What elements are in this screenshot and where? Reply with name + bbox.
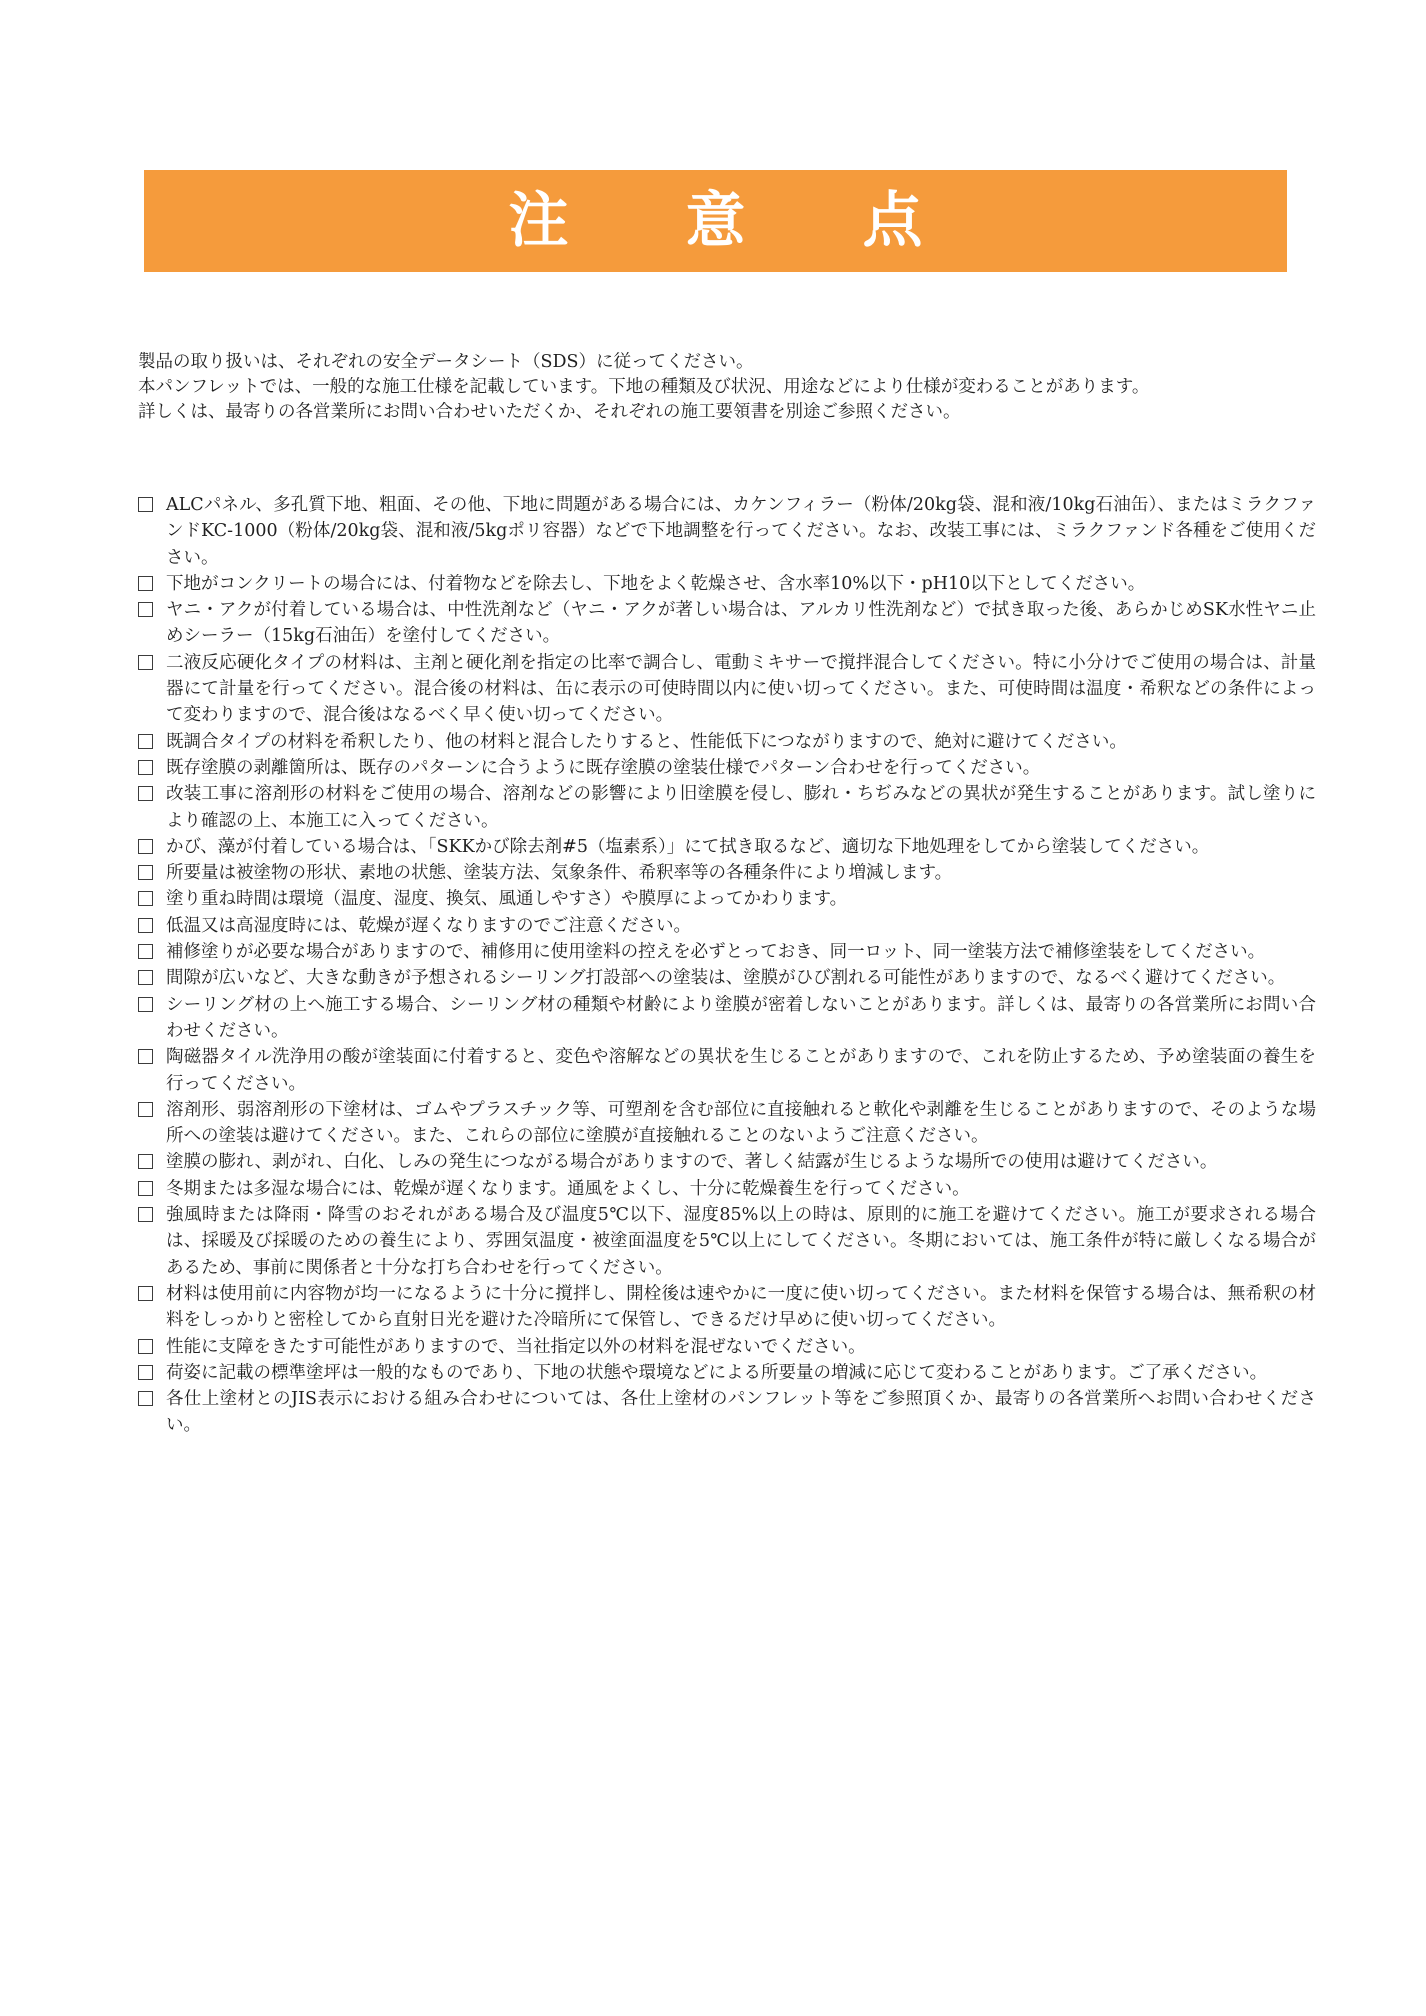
- checkbox-icon: [138, 760, 153, 775]
- caution-item: 性能に支障をきたす可能性がありますので、当社指定以外の材料を混ぜないでください。: [138, 1334, 1316, 1360]
- caution-item-text: 低温又は高湿度時には、乾燥が遅くなりますのでご注意ください。: [166, 913, 1316, 939]
- caution-item-text: 既存塗膜の剥離箇所は、既存のパターンに合うように既存塗膜の塗装仕様でパターン合わ…: [166, 755, 1316, 781]
- caution-item: 間隙が広いなど、大きな動きが予想されるシーリング打設部への塗装は、塗膜がひび割れ…: [138, 965, 1316, 991]
- caution-item-text: 材料は使用前に内容物が均一になるように十分に撹拌し、開栓後は速やかに一度に使い切…: [166, 1281, 1316, 1334]
- caution-item: 荷姿に記載の標準塗坪は一般的なものであり、下地の状態や環境などによる所要量の増減…: [138, 1360, 1316, 1386]
- caution-item: かび、藻が付着している場合は、「SKKかび除去剤#5（塩素系）」にて拭き取るなど…: [138, 834, 1316, 860]
- caution-item-text: かび、藻が付着している場合は、「SKKかび除去剤#5（塩素系）」にて拭き取るなど…: [166, 834, 1316, 860]
- caution-item: 塗膜の膨れ、剥がれ、白化、しみの発生につながる場合がありますので、著しく結露が生…: [138, 1149, 1316, 1175]
- checkbox-icon: [138, 786, 153, 801]
- checkbox-icon: [138, 1154, 153, 1169]
- checkbox-icon: [138, 734, 153, 749]
- caution-item: ALCパネル、多孔質下地、粗面、その他、下地に問題がある場合には、カケンフィラー…: [138, 492, 1316, 571]
- caution-item: 低温又は高湿度時には、乾燥が遅くなりますのでご注意ください。: [138, 913, 1316, 939]
- caution-item: 陶磁器タイル洗浄用の酸が塗装面に付着すると、変色や溶解などの異状を生じることがあ…: [138, 1044, 1316, 1097]
- intro-line: 本パンフレットでは、一般的な施工仕様を記載しています。下地の種類及び状況、用途な…: [138, 375, 1316, 400]
- caution-item: 溶剤形、弱溶剤形の下塗材は、ゴムやプラスチック等、可塑剤を含む部位に直接触れると…: [138, 1097, 1316, 1150]
- page-title: 注意点: [144, 170, 1287, 272]
- intro-line: 製品の取り扱いは、それぞれの安全データシート（SDS）に従ってください。: [138, 350, 1316, 375]
- checkbox-icon: [138, 1365, 153, 1380]
- caution-item-text: 各仕上塗材とのJIS表示における組み合わせについては、各仕上塗材のパンフレット等…: [166, 1386, 1316, 1439]
- caution-item-text: 強風時または降雨・降雪のおそれがある場合及び温度5℃以下、湿度85%以上の時は、…: [166, 1202, 1316, 1281]
- checkbox-icon: [138, 1102, 153, 1117]
- caution-item: 各仕上塗材とのJIS表示における組み合わせについては、各仕上塗材のパンフレット等…: [138, 1386, 1316, 1439]
- caution-item: 所要量は被塗物の形状、素地の状態、塗装方法、気象条件、希釈率等の各種条件により増…: [138, 860, 1316, 886]
- caution-item-text: 所要量は被塗物の形状、素地の状態、塗装方法、気象条件、希釈率等の各種条件により増…: [166, 860, 1316, 886]
- intro-paragraph: 製品の取り扱いは、それぞれの安全データシート（SDS）に従ってください。 本パン…: [138, 350, 1316, 425]
- caution-item: 塗り重ね時間は環境（温度、湿度、換気、風通しやすさ）や膜厚によってかわります。: [138, 886, 1316, 912]
- caution-item-text: 荷姿に記載の標準塗坪は一般的なものであり、下地の状態や環境などによる所要量の増減…: [166, 1360, 1316, 1386]
- checkbox-icon: [138, 602, 153, 617]
- caution-item: 補修塗りが必要な場合がありますので、補修用に使用塗料の控えを必ずとっておき、同一…: [138, 939, 1316, 965]
- intro-line: 詳しくは、最寄りの各営業所にお問い合わせいただくか、それぞれの施工要領書を別途ご…: [138, 400, 1316, 425]
- checkbox-icon: [138, 865, 153, 880]
- caution-item-text: 二液反応硬化タイプの材料は、主剤と硬化剤を指定の比率で調合し、電動ミキサーで撹拌…: [166, 650, 1316, 729]
- caution-item: 材料は使用前に内容物が均一になるように十分に撹拌し、開栓後は速やかに一度に使い切…: [138, 1281, 1316, 1334]
- caution-item: 既存塗膜の剥離箇所は、既存のパターンに合うように既存塗膜の塗装仕様でパターン合わ…: [138, 755, 1316, 781]
- checkbox-icon: [138, 944, 153, 959]
- checkbox-icon: [138, 918, 153, 933]
- checkbox-icon: [138, 1286, 153, 1301]
- caution-item: 改装工事に溶剤形の材料をご使用の場合、溶剤などの影響により旧塗膜を侵し、膨れ・ち…: [138, 781, 1316, 834]
- caution-item-text: 塗膜の膨れ、剥がれ、白化、しみの発生につながる場合がありますので、著しく結露が生…: [166, 1149, 1316, 1175]
- caution-item-text: 性能に支障をきたす可能性がありますので、当社指定以外の材料を混ぜないでください。: [166, 1334, 1316, 1360]
- document-page: 注意点 製品の取り扱いは、それぞれの安全データシート（SDS）に従ってください。…: [0, 0, 1426, 2016]
- checkbox-icon: [138, 1049, 153, 1064]
- caution-item-text: 間隙が広いなど、大きな動きが予想されるシーリング打設部への塗装は、塗膜がひび割れ…: [166, 965, 1316, 991]
- caution-item-text: 冬期または多湿な場合には、乾燥が遅くなります。通風をよくし、十分に乾燥養生を行っ…: [166, 1176, 1316, 1202]
- caution-item-text: 陶磁器タイル洗浄用の酸が塗装面に付着すると、変色や溶解などの異状を生じることがあ…: [166, 1044, 1316, 1097]
- caution-item: 二液反応硬化タイプの材料は、主剤と硬化剤を指定の比率で調合し、電動ミキサーで撹拌…: [138, 650, 1316, 729]
- checkbox-icon: [138, 576, 153, 591]
- caution-header-banner: 注意点: [144, 170, 1287, 272]
- caution-item-text: 下地がコンクリートの場合には、付着物などを除去し、下地をよく乾燥させ、含水率10…: [166, 571, 1316, 597]
- checkbox-icon: [138, 997, 153, 1012]
- checkbox-icon: [138, 1181, 153, 1196]
- checkbox-icon: [138, 1339, 153, 1354]
- checkbox-icon: [138, 655, 153, 670]
- checkbox-icon: [138, 1391, 153, 1406]
- caution-item: 強風時または降雨・降雪のおそれがある場合及び温度5℃以下、湿度85%以上の時は、…: [138, 1202, 1316, 1281]
- checkbox-icon: [138, 891, 153, 906]
- caution-item-text: ヤニ・アクが付着している場合は、中性洗剤など（ヤニ・アクが著しい場合は、アルカリ…: [166, 597, 1316, 650]
- checkbox-icon: [138, 497, 153, 512]
- caution-item-text: 既調合タイプの材料を希釈したり、他の材料と混合したりすると、性能低下につながりま…: [166, 729, 1316, 755]
- caution-item: 下地がコンクリートの場合には、付着物などを除去し、下地をよく乾燥させ、含水率10…: [138, 571, 1316, 597]
- caution-list: ALCパネル、多孔質下地、粗面、その他、下地に問題がある場合には、カケンフィラー…: [138, 492, 1316, 1439]
- caution-item-text: 改装工事に溶剤形の材料をご使用の場合、溶剤などの影響により旧塗膜を侵し、膨れ・ち…: [166, 781, 1316, 834]
- caution-item-text: 溶剤形、弱溶剤形の下塗材は、ゴムやプラスチック等、可塑剤を含む部位に直接触れると…: [166, 1097, 1316, 1150]
- caution-item-text: シーリング材の上へ施工する場合、シーリング材の種類や材齢により塗膜が密着しないこ…: [166, 992, 1316, 1045]
- checkbox-icon: [138, 1207, 153, 1222]
- caution-item: 冬期または多湿な場合には、乾燥が遅くなります。通風をよくし、十分に乾燥養生を行っ…: [138, 1176, 1316, 1202]
- caution-item: シーリング材の上へ施工する場合、シーリング材の種類や材齢により塗膜が密着しないこ…: [138, 992, 1316, 1045]
- checkbox-icon: [138, 970, 153, 985]
- caution-item-text: 塗り重ね時間は環境（温度、湿度、換気、風通しやすさ）や膜厚によってかわります。: [166, 886, 1316, 912]
- caution-item: ヤニ・アクが付着している場合は、中性洗剤など（ヤニ・アクが著しい場合は、アルカリ…: [138, 597, 1316, 650]
- caution-item-text: 補修塗りが必要な場合がありますので、補修用に使用塗料の控えを必ずとっておき、同一…: [166, 939, 1316, 965]
- caution-item-text: ALCパネル、多孔質下地、粗面、その他、下地に問題がある場合には、カケンフィラー…: [166, 492, 1316, 571]
- checkbox-icon: [138, 839, 153, 854]
- caution-item: 既調合タイプの材料を希釈したり、他の材料と混合したりすると、性能低下につながりま…: [138, 729, 1316, 755]
